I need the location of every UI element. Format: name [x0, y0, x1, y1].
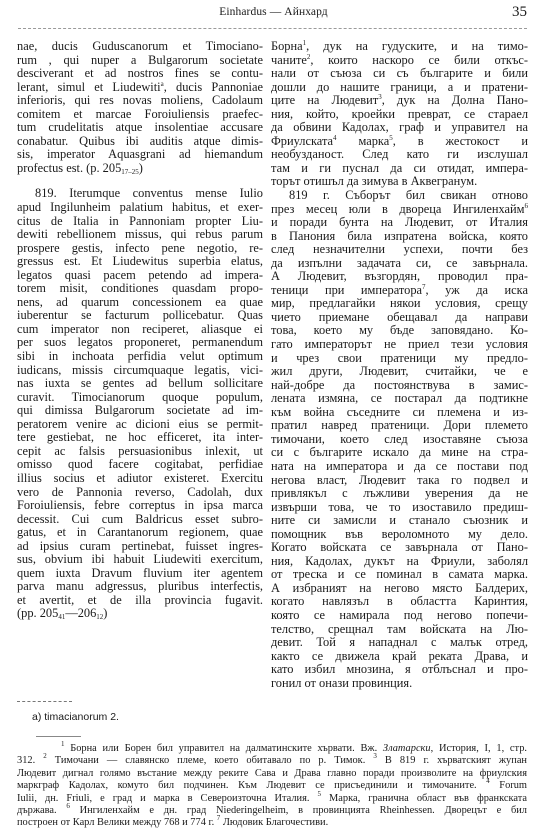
text-line: като избил мнозина, я отблъснал и про-: [271, 663, 528, 677]
text-line: телство, срещнал там войската на Лю-: [271, 623, 528, 637]
text-line: prospere gestis, infecto pene negotio, r…: [17, 242, 263, 256]
footnote-ref: 6: [525, 202, 529, 210]
text-line: iuberentur se facturum pollicebatur. Qua…: [17, 309, 263, 323]
text-line: Фриулската4 марка5, в жестокост и: [271, 135, 528, 149]
text-line: извърши това, че то изоставило предиш-: [271, 501, 528, 515]
text-line: ната на императора и да се постави под: [271, 460, 528, 474]
text-line: inferioris, qui res novas moliens, Cadol…: [17, 94, 263, 108]
critical-apparatus-rule: [17, 701, 72, 702]
footnotes: 1 Борна или Борен бил управител на далма…: [17, 743, 527, 830]
text-line: чието приемане обещавал да направи: [271, 311, 528, 325]
text-line: ad ipsius curam pertinebat, fuisset ingr…: [17, 540, 263, 554]
critical-apparatus-note: a) timacianorum 2.: [32, 711, 119, 723]
text-line: ния, който, кроейки преврат, се стараел: [271, 108, 528, 122]
source-reference: (pp. 20541—20612): [17, 607, 263, 621]
footnote-rule: [36, 736, 81, 737]
text-line: legatos quasi pacem petendo ad impera-: [17, 269, 263, 283]
bulgarian-text-column: Борна1, дук на гудуските, и на тимо- чан…: [271, 40, 528, 690]
text-line: дошли до нашите граници, а и пратени-: [271, 81, 528, 95]
text-line: тимочани, което след изоставяне съюза: [271, 433, 528, 447]
text-line: 819. Iterumque conventus mense Iulio: [17, 187, 263, 201]
text-line: sus, obvium ibi habuit Liudewiti exercit…: [17, 553, 263, 567]
footnote-line: 312. 2 Тимочани — славянско племе, което…: [17, 755, 527, 767]
text-line: която се намирала под негово попечи-: [271, 609, 528, 623]
text-line: гато императорът не приел тези условия: [271, 338, 528, 352]
footnote-line: построен от Карл Велики между 768 и 774 …: [17, 817, 527, 829]
text-line: ния, Кадолах, дукът на Фриули, заболял: [271, 555, 528, 569]
text-line: et avertit, et de illa provincia fugavit…: [17, 594, 263, 608]
footnote-line: Iulii, дн. Friuli, е град и марка в Севе…: [17, 793, 527, 805]
text-line: това, което му бъде заповядано. Ко-: [271, 324, 528, 338]
text-line: теници при императора7, уж да иска: [271, 284, 528, 298]
text-line: dewiti rebellionem missus, qui rebus par…: [17, 228, 263, 242]
text-line: 819 г. Съборът бил свикан отново: [271, 189, 528, 203]
text-line: си с българите искало да мине на стра-: [271, 446, 528, 460]
footnote-line: 1 Борна или Борен бил управител на далма…: [17, 743, 527, 755]
text-line: девит. Той я нападнал с малък отред,: [271, 636, 528, 650]
source-reference: profectus est. (p. 20517–25): [17, 162, 263, 176]
text-line: peratorem venire ac dicioni eius se perm…: [17, 418, 263, 432]
text-line: необузданост. След като ги изслушал: [271, 148, 528, 162]
text-line: parva manu adgressus, pluribus interfect…: [17, 580, 263, 594]
text-line: най-добре да постоянствува в замис-: [271, 379, 528, 393]
text-line: comitem et marcae Foroiuliensis praefec-: [17, 108, 263, 122]
text-line: А Людевит, възгордян, проводил пра-: [271, 270, 528, 284]
text-line: torem misit, conditiones quasdam propo-: [17, 282, 263, 296]
text-line: лената измяна, се постарал да подтикне: [271, 392, 528, 406]
footnote-line: държава. 6 Ингиленхайм е дн. град Nieder…: [17, 805, 527, 817]
text-line: nas iuxta se gentes ad bellum sollicitar…: [17, 377, 263, 391]
text-line: торът отишъл да зимува в Аквегранум.: [271, 175, 528, 189]
text-line: illius socius et adiutor existeret. Exer…: [17, 472, 263, 486]
text-line: nae, ducis Guduscanorum et Timociano-: [17, 40, 263, 54]
text-line: пратил навред пратеници. Дори племето: [271, 419, 528, 433]
text-line: omisso quod facere cogitabat, perfidiae: [17, 458, 263, 472]
text-line: Foroiuliensis, febre correptus in ipsa m…: [17, 499, 263, 513]
text-line: както се движела край реката Драва, и: [271, 650, 528, 664]
text-line: decessit. Cui cum Baldricus esset subro-: [17, 513, 263, 527]
text-line: qui dimissa Bulgarorum societate ad im-: [17, 404, 263, 418]
text-line: в Панония била изпратена войска, която: [271, 230, 528, 244]
text-line: apud Ingilunheim palatium habitus, et ex…: [17, 201, 263, 215]
text-line: и поради бунта на Людевит, от Италия: [271, 216, 528, 230]
text-line: desciverant et ad nostros fines se contu…: [17, 67, 263, 81]
text-line: rum , qui nuper a Bulgarorum societate: [17, 54, 263, 68]
text-line: от треска и се поминал в самата марка.: [271, 568, 528, 582]
text-line: помощник във вероломното му дело.: [271, 528, 528, 542]
text-line: citus de Italia in Pannoniam propter Liu…: [17, 215, 263, 229]
text-line: vero de Pannonia reverso, Cadolah, dux: [17, 486, 263, 500]
text-line: sibi in inchoata perfidia velut optimum: [17, 350, 263, 364]
text-line: А избраният на негово място Балдерих,: [271, 582, 528, 596]
text-line: нали от съюза си съ българите и били: [271, 67, 528, 81]
text-line: gatus, et in Carantanorum regionem, quae: [17, 526, 263, 540]
text-line: curavit. Timocianorum quoque populum,: [17, 391, 263, 405]
latin-text-column: nae, ducis Guduscanorum et Timociano- ru…: [17, 40, 263, 621]
text-line: чаните2, които наскоро се били откъс-: [271, 54, 528, 68]
footnote-line: Людевит дигнал голямо въстание между рек…: [17, 768, 527, 780]
text-line: и чрез свои пратеници му предло-: [271, 352, 528, 366]
text-line: там и ги пуснал да си отидат, импера-: [271, 162, 528, 176]
text-line: Когато войската се завърнала от Пано-: [271, 541, 528, 555]
text-line: през месец юли в двореца Ингиленхайм6: [271, 203, 528, 217]
footnote-line: маркграф Кадолах, комуто бил подчинен. К…: [17, 780, 527, 792]
text-line: nens, ad quarum concessionem ea quae: [17, 296, 263, 310]
text-line: когато навлязъл в областта Каринтия,: [271, 595, 528, 609]
text-line: към война съседните си племена и из-: [271, 406, 528, 420]
text-line: привлякъл с лъжливи уверения да не: [271, 487, 528, 501]
text-line: tere gestiebat, ne hoc efficeret, ita in…: [17, 431, 263, 445]
text-line: Борна1, дук на гудуските, и на тимо-: [271, 40, 528, 54]
text-line: да обвини Кадолах, граф и управител на: [271, 121, 528, 135]
header-rule: [18, 28, 527, 29]
page-number: 35: [512, 4, 527, 21]
text-line: след незначителни успехи, почти без: [271, 243, 528, 257]
text-line: iudicans, missis circumquaque legatis, v…: [17, 364, 263, 378]
text-line: tum crudelitatis atque insolentiae accus…: [17, 121, 263, 135]
text-line: мир, предлагайки някои условия, срещу: [271, 297, 528, 311]
text-line: gressus est. Et Liudewitus superbia elat…: [17, 255, 263, 269]
text-line: негова власт, Людевит така го подвел и: [271, 474, 528, 488]
text-line: conabatur. Quibus ibi auditis atque dimi…: [17, 135, 263, 149]
text-line: гонил от онази провинция.: [271, 677, 528, 691]
text-line: да изпълни задачата си, се завърнала.: [271, 257, 528, 271]
text-line: lerant, simul et Liudewitia, ducis Panno…: [17, 81, 263, 95]
text-line: жил други, Людевит, считайки, че е: [271, 365, 528, 379]
text-line: ните си замисли и станало съюзник и: [271, 514, 528, 528]
text-line: ците на Людевит3, дук на Долна Пано-: [271, 94, 528, 108]
text-line: per suos legatos proponeret, permanendum: [17, 336, 263, 350]
text-line: cum imperator non reciperet, aliasque ei: [17, 323, 263, 337]
running-header: Einhardus — Айнхард 35: [0, 4, 547, 24]
text-line: quem iuxta Dravum fluvium iter agentem: [17, 567, 263, 581]
text-line: sis, imperator Aquasgrani ad hiemandum: [17, 148, 263, 162]
header-title: Einhardus — Айнхард: [0, 6, 547, 18]
text-line: cepit ac falsis persuasionibus inlexit, …: [17, 445, 263, 459]
